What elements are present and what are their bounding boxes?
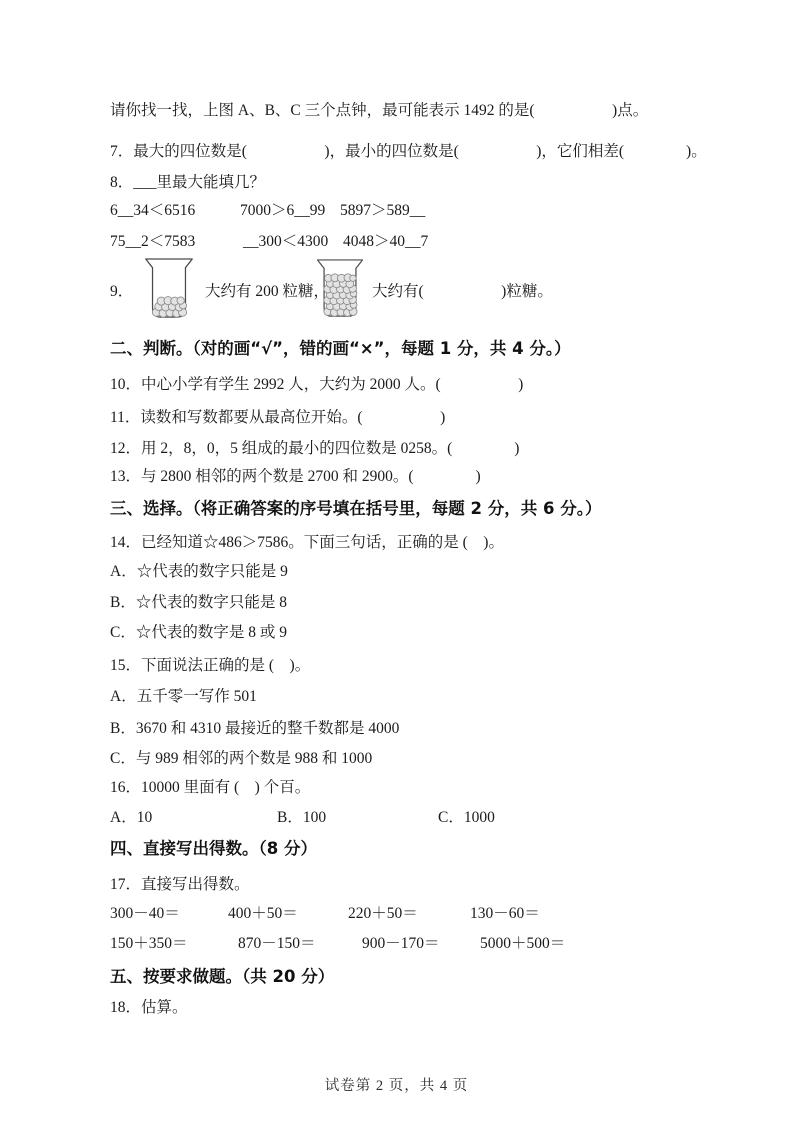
comparison-item: 6__34＜6516	[110, 199, 195, 223]
question-6-continuation: 请你找一找，上图 A、B、C 三个点钟，最可能表示 1492 的是( )点。	[110, 99, 648, 123]
beaker-many-candies-icon	[310, 254, 370, 324]
question-8-comparison-row-2: 75__2＜7583 __300＜4300 4048＞40__7	[110, 230, 670, 254]
question-17-row-2: 150＋350＝ 870－150＝ 900－170＝ 5000＋500＝	[110, 932, 690, 956]
exam-paper-page: 请你找一找，上图 A、B、C 三个点钟，最可能表示 1492 的是( )点。 7…	[0, 0, 793, 1122]
equation-item: 220＋50＝	[348, 902, 418, 926]
question-16-option-a: A．10	[110, 806, 152, 830]
question-13: 13．与 2800 相邻的两个数是 2700 和 2900。( )	[110, 465, 481, 489]
question-15-stem: 15．下面说法正确的是 ( )。	[110, 654, 310, 678]
question-16-option-b: B．100	[277, 806, 326, 830]
equation-item: 870－150＝	[238, 932, 316, 956]
question-12: 12．用 2，8，0，5 组成的最小的四位数是 0258。( )	[110, 437, 519, 461]
question-16-options-row: A．10 B．100 C．1000	[110, 806, 670, 830]
equation-item: 5000＋500＝	[480, 932, 565, 956]
comparison-item: 4048＞40__7	[343, 230, 428, 254]
question-15-option-a: A．五千零一写作 501	[110, 685, 257, 709]
question-14-option-b: B．☆代表的数字只能是 8	[110, 591, 287, 615]
question-14-option-a: A．☆代表的数字只能是 9	[110, 560, 288, 584]
beaker-few-candies-icon	[138, 254, 200, 324]
question-8-prompt: 8．___里最大能填几？	[110, 171, 265, 195]
question-11: 11．读数和写数都要从最高位开始。( )	[110, 406, 445, 430]
question-18: 18．估算。	[110, 996, 188, 1020]
section-heading-tasks: 五、按要求做题。（共 20 分）	[110, 965, 334, 989]
question-14-stem: 14．已经知道☆486＞7586。下面三句话，正确的是 ( )。	[110, 531, 504, 555]
comparison-item: 7000＞6__99	[240, 199, 325, 223]
equation-item: 300－40＝	[110, 902, 180, 926]
question-16-option-c: C．1000	[438, 806, 495, 830]
page-footer: 试卷第 2 页，共 4 页	[0, 1074, 793, 1095]
section-heading-judgment: 二、判断。（对的画“√”，错的画“×”，每题 1 分，共 4 分。）	[110, 337, 571, 361]
section-heading-computation: 四、直接写出得数。（8 分）	[110, 837, 317, 861]
question-9-number: 9．	[110, 280, 133, 304]
equation-item: 150＋350＝	[110, 932, 188, 956]
comparison-item: 75__2＜7583	[110, 230, 195, 254]
question-8-comparison-row-1: 6__34＜6516 7000＞6__99 5897＞589__	[110, 199, 670, 223]
comparison-item: __300＜4300	[243, 230, 328, 254]
question-14-option-c: C．☆代表的数字是 8 或 9	[110, 621, 287, 645]
question-16-stem: 16．10000 里面有 ( ) 个百。	[110, 776, 310, 800]
equation-item: 900－170＝	[362, 932, 440, 956]
question-7: 7．最大的四位数是( )，最小的四位数是( )，它们相差( )。	[110, 140, 707, 164]
equation-item: 400＋50＝	[228, 902, 298, 926]
comparison-item: 5897＞589__	[340, 199, 425, 223]
question-9: 9． 大约有 200 粒糖， 大约有( )粒糖。	[110, 252, 670, 330]
question-10: 10．中心小学有学生 2992 人，大约为 2000 人。( )	[110, 373, 523, 397]
question-17-row-1: 300－40＝ 400＋50＝ 220＋50＝ 130－60＝	[110, 902, 690, 926]
question-15-option-b: B．3670 和 4310 最接近的整千数都是 4000	[110, 717, 399, 741]
question-17-label: 17．直接写出得数。	[110, 873, 250, 897]
question-15-option-c: C．与 989 相邻的两个数是 988 和 1000	[110, 747, 372, 771]
equation-item: 130－60＝	[470, 902, 540, 926]
question-9-text-2: 大约有( )粒糖。	[372, 280, 553, 304]
section-heading-choice: 三、选择。（将正确答案的序号填在括号里，每题 2 分，共 6 分。）	[110, 497, 601, 521]
